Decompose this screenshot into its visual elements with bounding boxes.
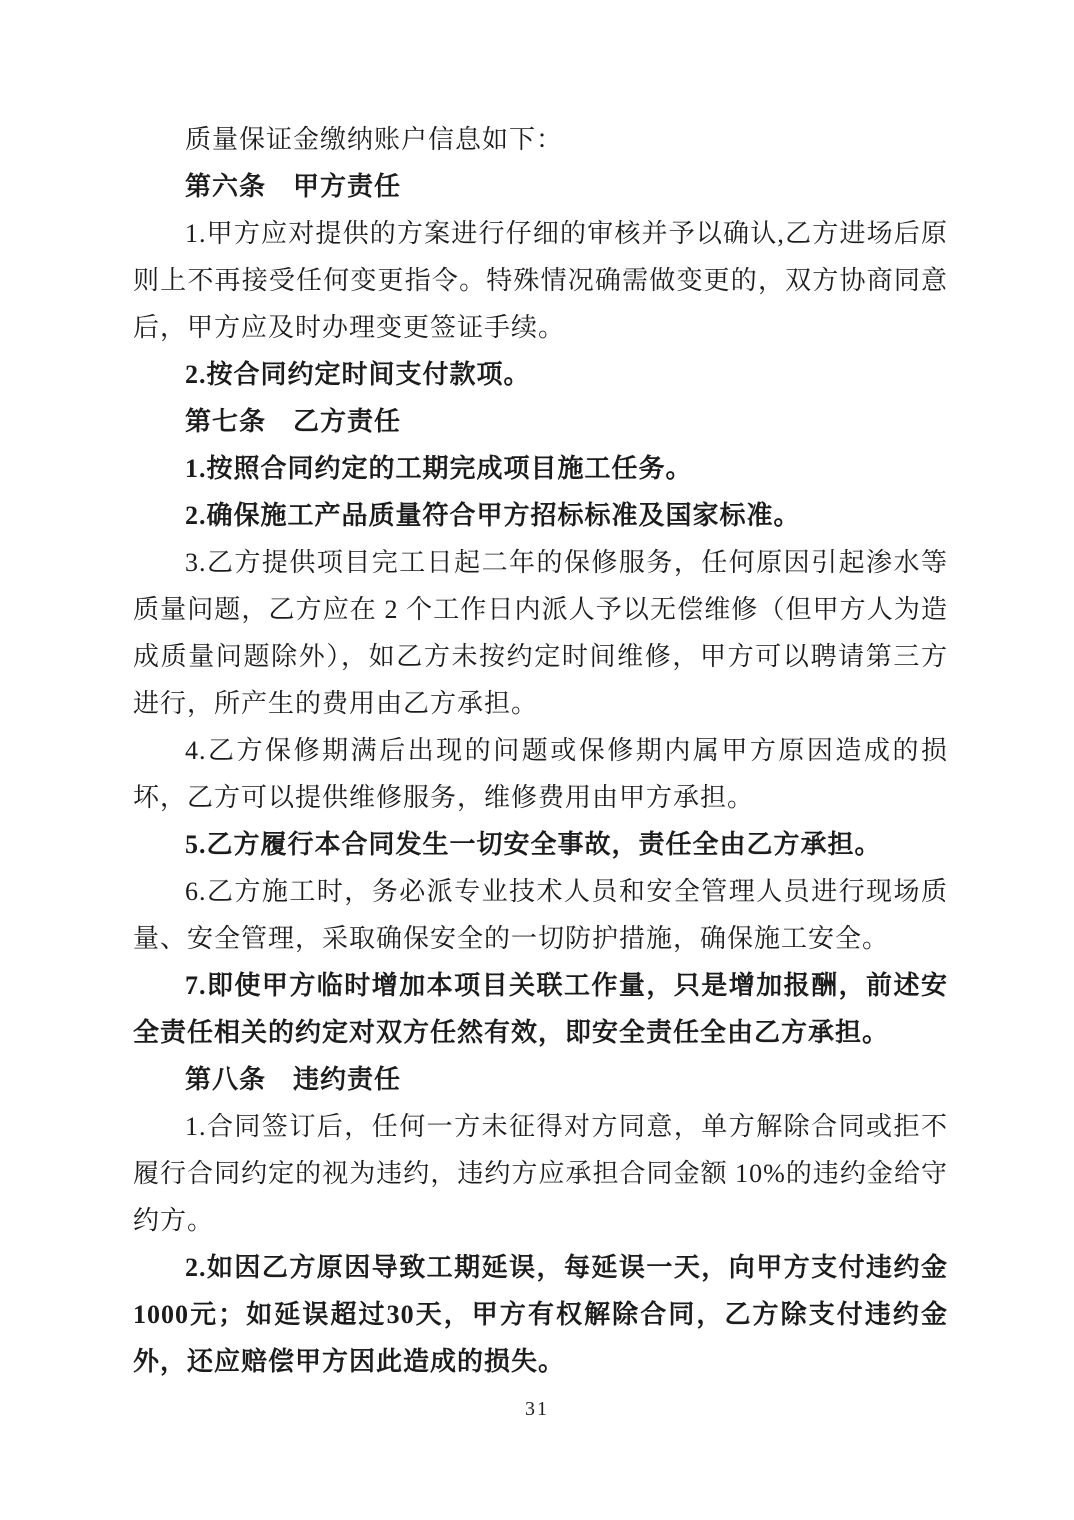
paragraph: 4.乙方保修期满后出现的问题或保修期内属甲方原因造成的损坏，乙方可以提供维修服务… [133,727,948,821]
paragraph: 7.即使甲方临时增加本项目关联工作量，只是增加报酬，前述安全责任相关的约定对双方… [133,962,948,1056]
paragraph: 5.乙方履行本合同发生一切安全事故，责任全由乙方承担。 [133,821,948,868]
paragraph: 质量保证金缴纳账户信息如下： [133,116,948,163]
clause-heading: 第八条 违约责任 [133,1056,948,1103]
contract-body: 质量保证金缴纳账户信息如下：第六条 甲方责任1.甲方应对提供的方案进行仔细的审核… [133,116,948,1385]
paragraph: 1.甲方应对提供的方案进行仔细的审核并予以确认,乙方进场后原则上不再接受任何变更… [133,210,948,351]
paragraph: 2.按合同约定时间支付款项。 [133,351,948,398]
clause-heading: 第六条 甲方责任 [133,163,948,210]
paragraph: 6.乙方施工时，务必派专业技术人员和安全管理人员进行现场质量、安全管理，采取确保… [133,868,948,962]
page-number: 31 [0,1398,1074,1421]
document-page: 质量保证金缴纳账户信息如下：第六条 甲方责任1.甲方应对提供的方案进行仔细的审核… [0,0,1074,1520]
paragraph: 1.按照合同约定的工期完成项目施工任务。 [133,445,948,492]
clause-heading: 第七条 乙方责任 [133,398,948,445]
paragraph: 2.如因乙方原因导致工期延误，每延误一天，向甲方支付违约金1000元；如延误超过… [133,1244,948,1385]
paragraph: 1.合同签订后，任何一方未征得对方同意，单方解除合同或拒不履行合同约定的视为违约… [133,1103,948,1244]
paragraph: 3.乙方提供项目完工日起二年的保修服务，任何原因引起渗水等质量问题，乙方应在 2… [133,539,948,727]
paragraph: 2.确保施工产品质量符合甲方招标标准及国家标准。 [133,492,948,539]
